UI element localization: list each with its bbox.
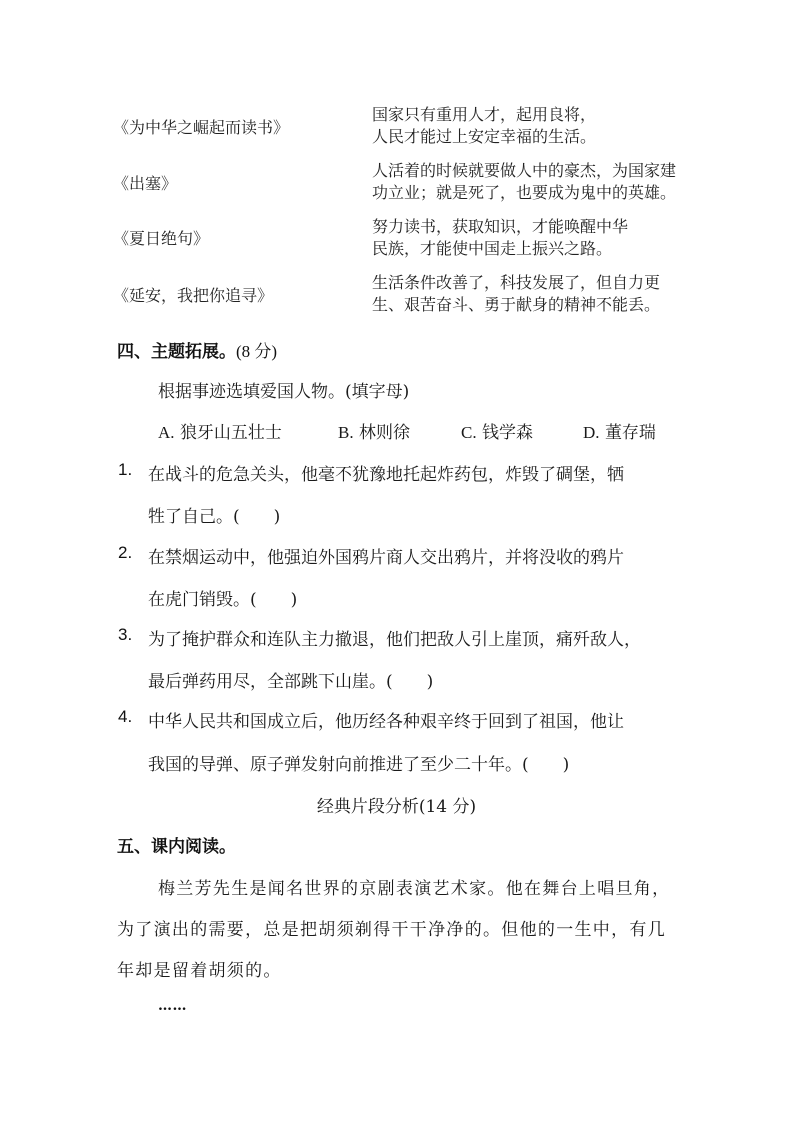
question-text: 为了掩护群众和连队主力撤退，他们把敌人引上崖顶，痛歼敌人， (148, 625, 641, 650)
meaning-line: 民族，才能使中国走上振兴之路。 (372, 238, 628, 260)
section-4-heading: 四、主题拓展。(8 分) (117, 337, 277, 362)
worksheet-page: 《为中华之崛起而读书》 国家只有重用人才，起用良将， 人民才能过上安定幸福的生活… (0, 0, 793, 1122)
poem-title: 《出塞》 (113, 174, 177, 194)
meaning-line: 人活着的时候就要做人中的豪杰，为国家建 (372, 160, 676, 182)
question-text-cont: 在虎门销毁。() (148, 585, 297, 610)
section-4-score: (8 分) (236, 342, 277, 361)
meaning-line: 努力读书，获取知识，才能唤醒中华 (372, 216, 628, 238)
passage-line: 年却是留着胡须的。 (117, 956, 282, 981)
question-text-cont: 最后弹药用尽，全部跳下山崖。() (148, 667, 433, 692)
question-number: 4. (118, 707, 132, 727)
meaning-line: 生活条件改善了，科技发展了，但自力更 (372, 272, 660, 294)
question-text-cont: 我国的导弹、原子弹发射向前推进了至少二十年。() (148, 750, 569, 775)
poem-title: 《延安，我把你追寻》 (113, 286, 273, 306)
section-4-instruction: 根据事迹选填爱国人物。(填字母) (158, 377, 409, 402)
passage-line: 为了演出的需要，总是把胡须剃得干干净净的。但他的一生中，有几 (117, 915, 666, 940)
match-row: 《为中华之崛起而读书》 国家只有重用人才，起用良将， 人民才能过上安定幸福的生活… (0, 104, 793, 152)
question-text: 中华人民共和国成立后，他历经各种艰辛终于回到了祖国，他让 (148, 707, 624, 732)
match-row: 《延安，我把你追寻》 生活条件改善了，科技发展了，但自力更 生、艰苦奋斗、勇于献… (0, 272, 793, 320)
answer-options: A. 狼牙山五壮士 B. 林则徐 C. 钱学森 D. 董存瑞 (158, 418, 656, 443)
option-a: A. 狼牙山五壮士 (158, 418, 338, 443)
match-meaning: 国家只有重用人才，起用良将， 人民才能过上安定幸福的生活。 (372, 104, 596, 148)
passage-ellipsis: …… (158, 998, 187, 1014)
match-meaning: 努力读书，获取知识，才能唤醒中华 民族，才能使中国走上振兴之路。 (372, 216, 628, 260)
poem-title: 《为中华之崛起而读书》 (113, 118, 289, 138)
question-number: 3. (118, 625, 132, 645)
question-number: 1. (118, 460, 132, 480)
part-title: 经典片段分析(14 分) (0, 792, 793, 817)
poem-title: 《夏日绝句》 (113, 229, 209, 249)
match-meaning: 生活条件改善了，科技发展了，但自力更 生、艰苦奋斗、勇于献身的精神不能丢。 (372, 272, 660, 316)
match-meaning: 人活着的时候就要做人中的豪杰，为国家建 功立业；就是死了，也要成为鬼中的英雄。 (372, 160, 676, 204)
section-4-title: 四、主题拓展。 (117, 342, 236, 362)
question-text: 在禁烟运动中，他强迫外国鸦片商人交出鸦片，并将没收的鸦片 (148, 543, 624, 568)
option-b: B. 林则徐 (338, 418, 461, 443)
question-number: 2. (118, 543, 132, 563)
meaning-line: 人民才能过上安定幸福的生活。 (372, 126, 596, 148)
meaning-line: 国家只有重用人才，起用良将， (372, 104, 596, 126)
question-text: 在战斗的危急关头，他毫不犹豫地托起炸药包，炸毁了碉堡，牺 (148, 460, 624, 485)
meaning-line: 生、艰苦奋斗、勇于献身的精神不能丢。 (372, 294, 660, 316)
question-text-cont: 牲了自己。() (148, 502, 280, 527)
match-row: 《夏日绝句》 努力读书，获取知识，才能唤醒中华 民族，才能使中国走上振兴之路。 (0, 216, 793, 264)
meaning-line: 功立业；就是死了，也要成为鬼中的英雄。 (372, 182, 676, 204)
option-d: D. 董存瑞 (583, 418, 656, 443)
section-5-heading: 五、课内阅读。 (117, 832, 236, 857)
passage-line: 梅兰芳先生是闻名世界的京剧表演艺术家。他在舞台上唱旦角， (158, 874, 670, 899)
option-c: C. 钱学森 (461, 418, 583, 443)
match-row: 《出塞》 人活着的时候就要做人中的豪杰，为国家建 功立业；就是死了，也要成为鬼中… (0, 160, 793, 208)
